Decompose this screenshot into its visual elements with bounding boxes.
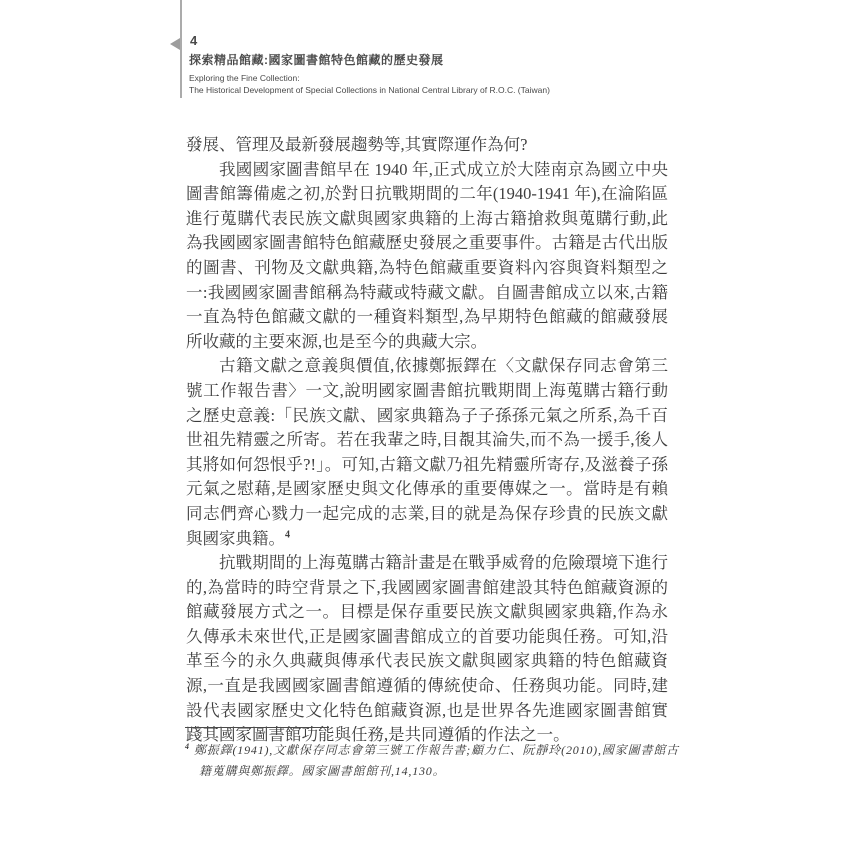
running-title-english-line1: Exploring the Fine Collection: — [189, 73, 300, 83]
footnote-number: 4 — [185, 742, 190, 751]
paragraph: 發展、管理及最新發展趨勢等,其實際運作為何? — [186, 133, 668, 158]
footnote: 4鄭振鐸(1941),文獻保存同志會第三號工作報告書;顧力仁、阮靜玲(2010)… — [185, 736, 679, 782]
footnote-separator-rule — [185, 727, 329, 728]
running-title-english-line2: The Historical Development of Special Co… — [189, 85, 550, 95]
paragraph: 古籍文獻之意義與價值,依據鄭振鐸在〈文獻保存同志會第三號工作報告書〉一文,說明國… — [186, 354, 668, 551]
header-vertical-rule — [180, 0, 182, 98]
footnote-ref: 4 — [285, 529, 290, 540]
paragraph: 我國國家圖書館早在 1940 年,正式成立於大陸南京為國立中央圖書館籌備處之初,… — [186, 158, 668, 355]
section-marker-icon — [170, 38, 180, 50]
book-page: 4 探索精品館藏:國家圖書館特色館藏的歷史發展 Exploring the Fi… — [0, 0, 850, 850]
paragraph: 抗戰期間的上海蒐購古籍計畫是在戰爭威脅的危險環境下進行的,為當時的時空背景之下,… — [186, 551, 668, 748]
body-text: 發展、管理及最新發展趨勢等,其實際運作為何?我國國家圖書館早在 1940 年,正… — [186, 133, 668, 748]
page-number: 4 — [190, 33, 197, 48]
footnote-text: 鄭振鐸(1941),文獻保存同志會第三號工作報告書;顧力仁、阮靜玲(2010),… — [194, 743, 679, 778]
running-title-chinese: 探索精品館藏:國家圖書館特色館藏的歷史發展 — [189, 51, 444, 68]
